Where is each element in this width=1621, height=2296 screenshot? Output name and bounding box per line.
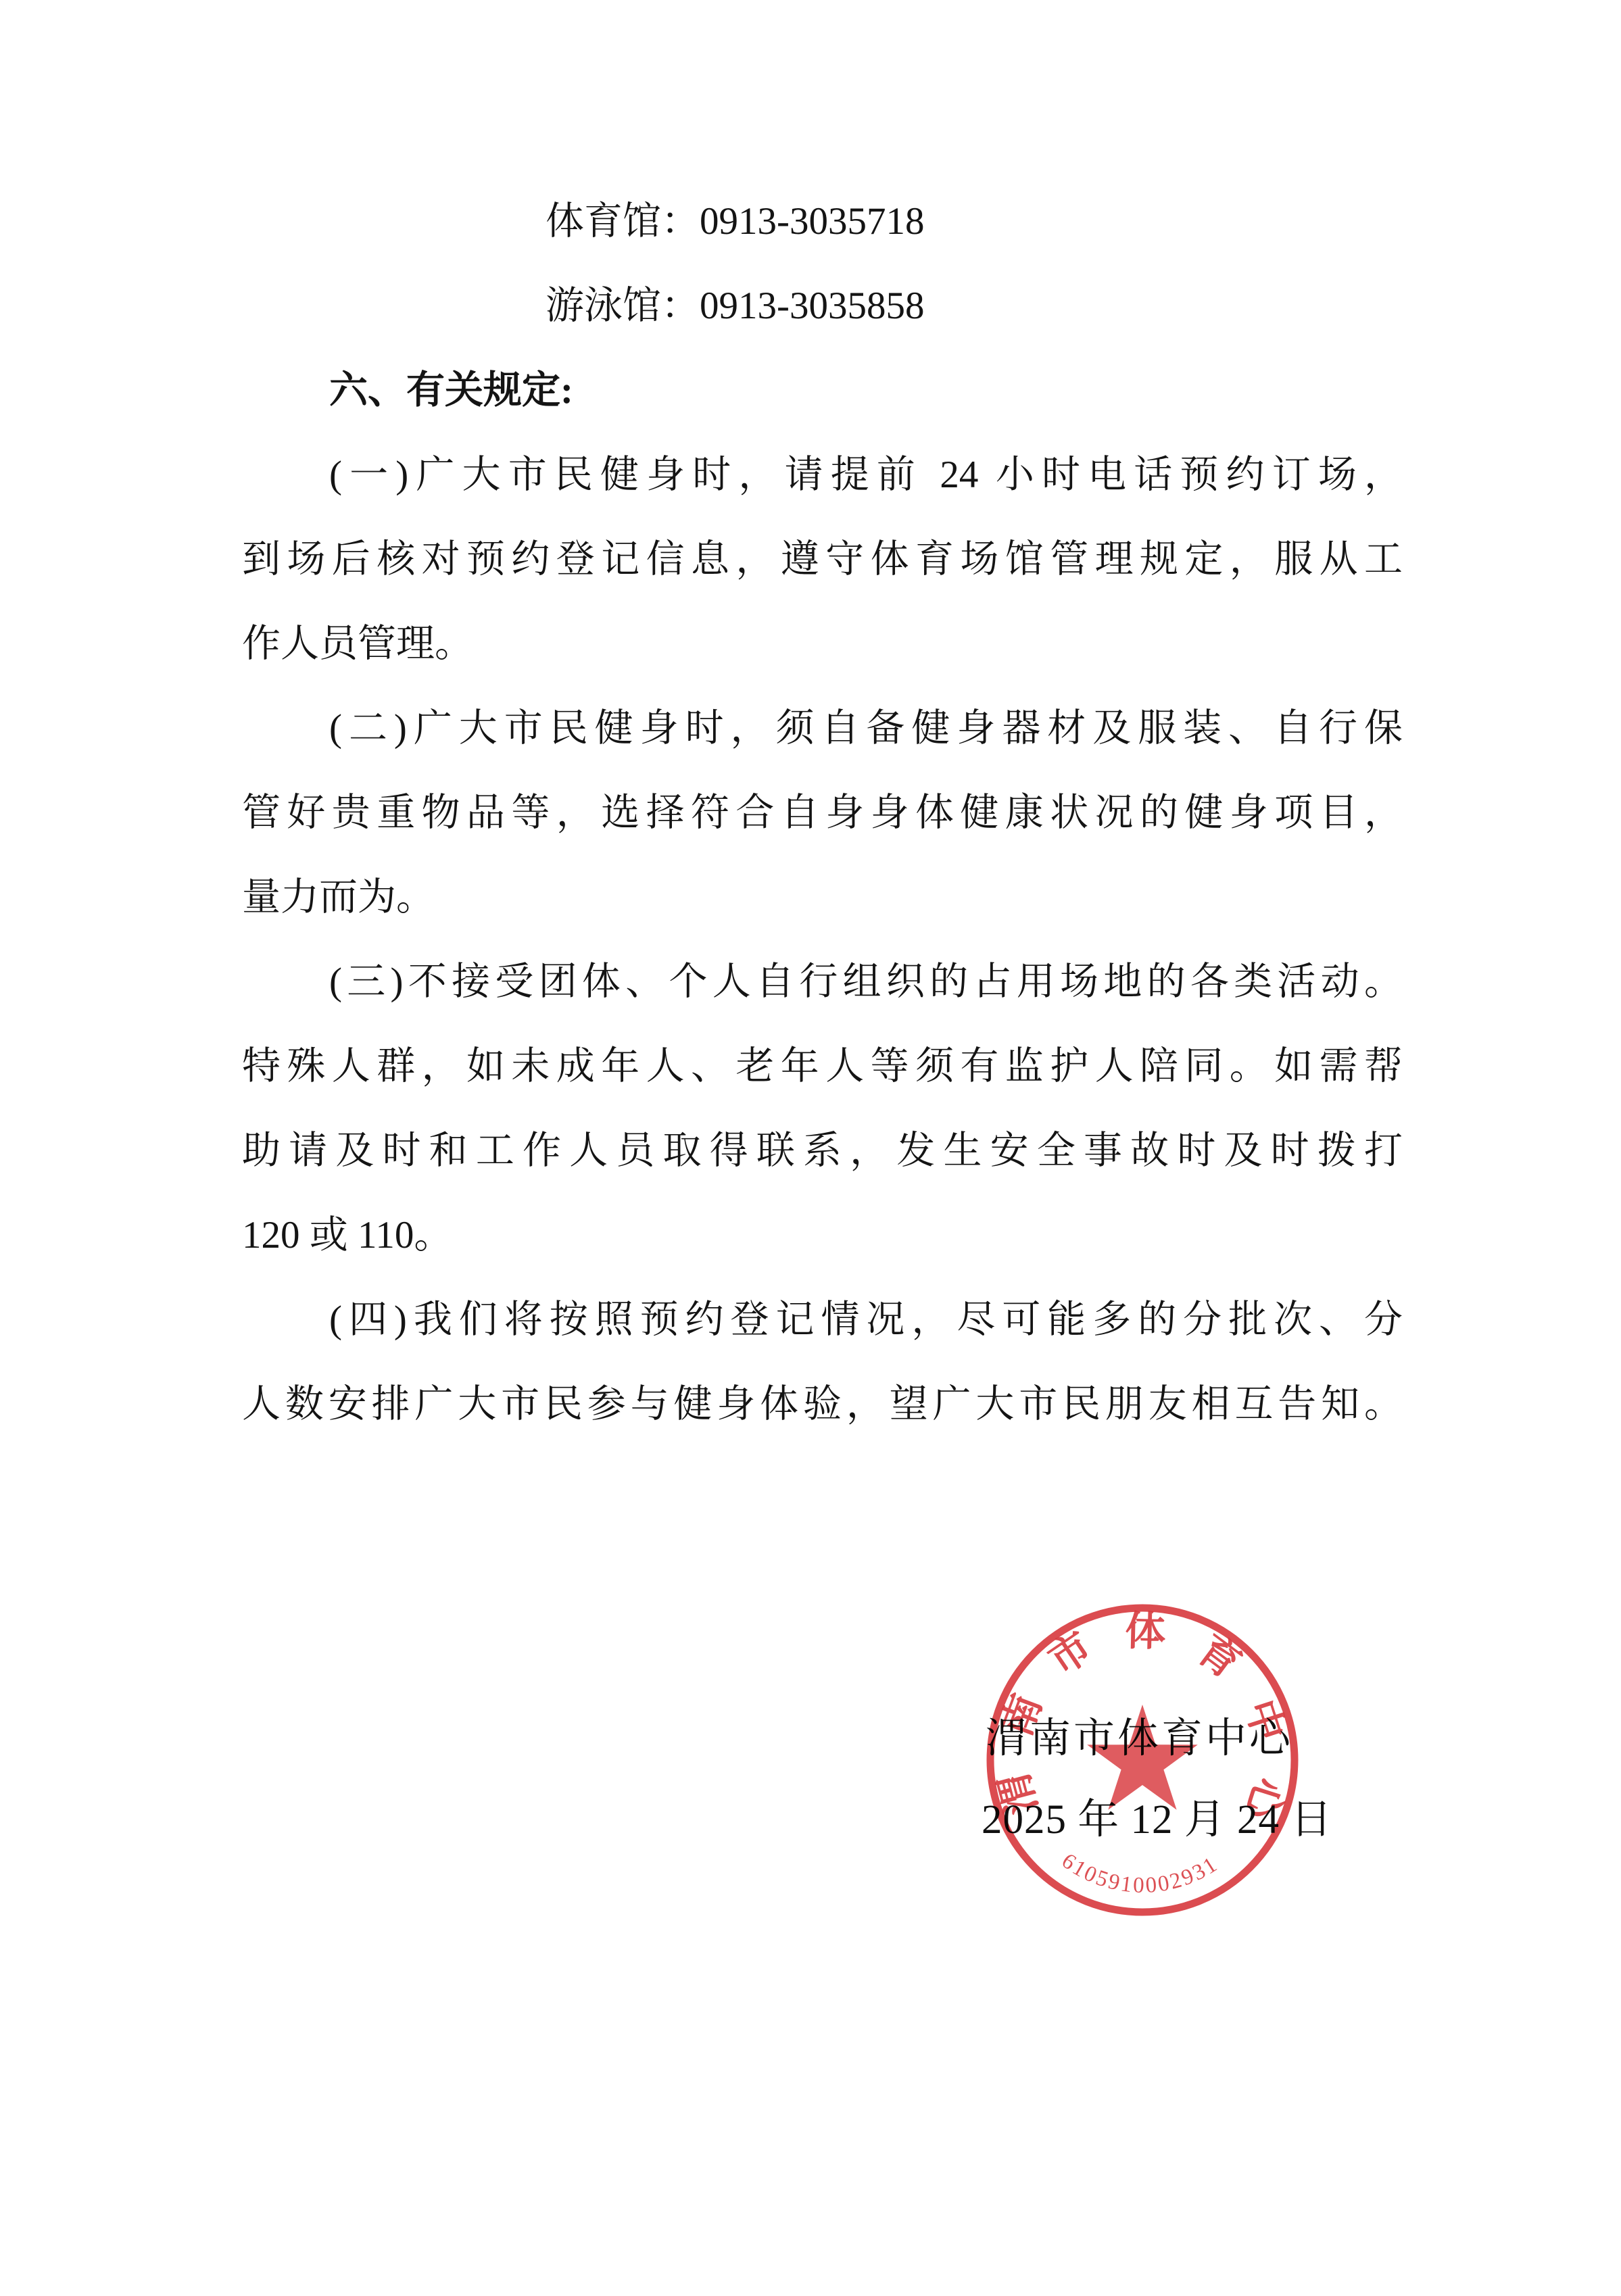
section-heading: 六、有关规定:	[242, 348, 1403, 433]
rule-line: 量力而为。	[242, 855, 1403, 939]
rule-line: (二)广大市民健身时，须自备健身器材及服装、自行保	[242, 686, 1403, 771]
document-page: 体育馆：0913-3035718 游泳馆：0913-3035858 六、有关规定…	[0, 0, 1621, 2296]
signature-date: 2025 年 12 月 24 日	[982, 1797, 1332, 1844]
seal-serial-number: 6105910002931	[1057, 1849, 1221, 1898]
contact-line-gym: 体育馆：0913-3035718	[242, 179, 1403, 264]
rule-line: 到场后核对预约登记信息，遵守体育场馆管理规定，服从工	[242, 517, 1403, 602]
rule-line: 特殊人群，如未成年人、老年人等须有监护人陪同。如需帮	[242, 1024, 1403, 1108]
rule-line: 作人员管理。	[242, 602, 1403, 686]
document-body: 体育馆：0913-3035718 游泳馆：0913-3035858 六、有关规定…	[242, 179, 1403, 1446]
rule-line: (四)我们将按照预约登记情况，尽可能多的分批次、分	[242, 1277, 1403, 1362]
rule-line: 人数安排广大市民参与健身体验，望广大市民朋友相互告知。	[242, 1362, 1403, 1446]
rule-line: (一)广大市民健身时，请提前 24 小时电话预约订场，	[242, 433, 1403, 517]
rule-line: 120 或 110。	[242, 1193, 1403, 1277]
contact-line-pool: 游泳馆：0913-3035858	[242, 264, 1403, 348]
rule-line: (三)不接受团体、个人自行组织的占用场地的各类活动。	[242, 939, 1403, 1024]
signature-org: 渭南市体育中心	[986, 1715, 1293, 1763]
rule-line: 管好贵重物品等，选择符合自身身体健康状况的健身项目，	[242, 771, 1403, 855]
rule-line: 助请及时和工作人员取得联系，发生安全事故时及时拨打	[242, 1108, 1403, 1193]
